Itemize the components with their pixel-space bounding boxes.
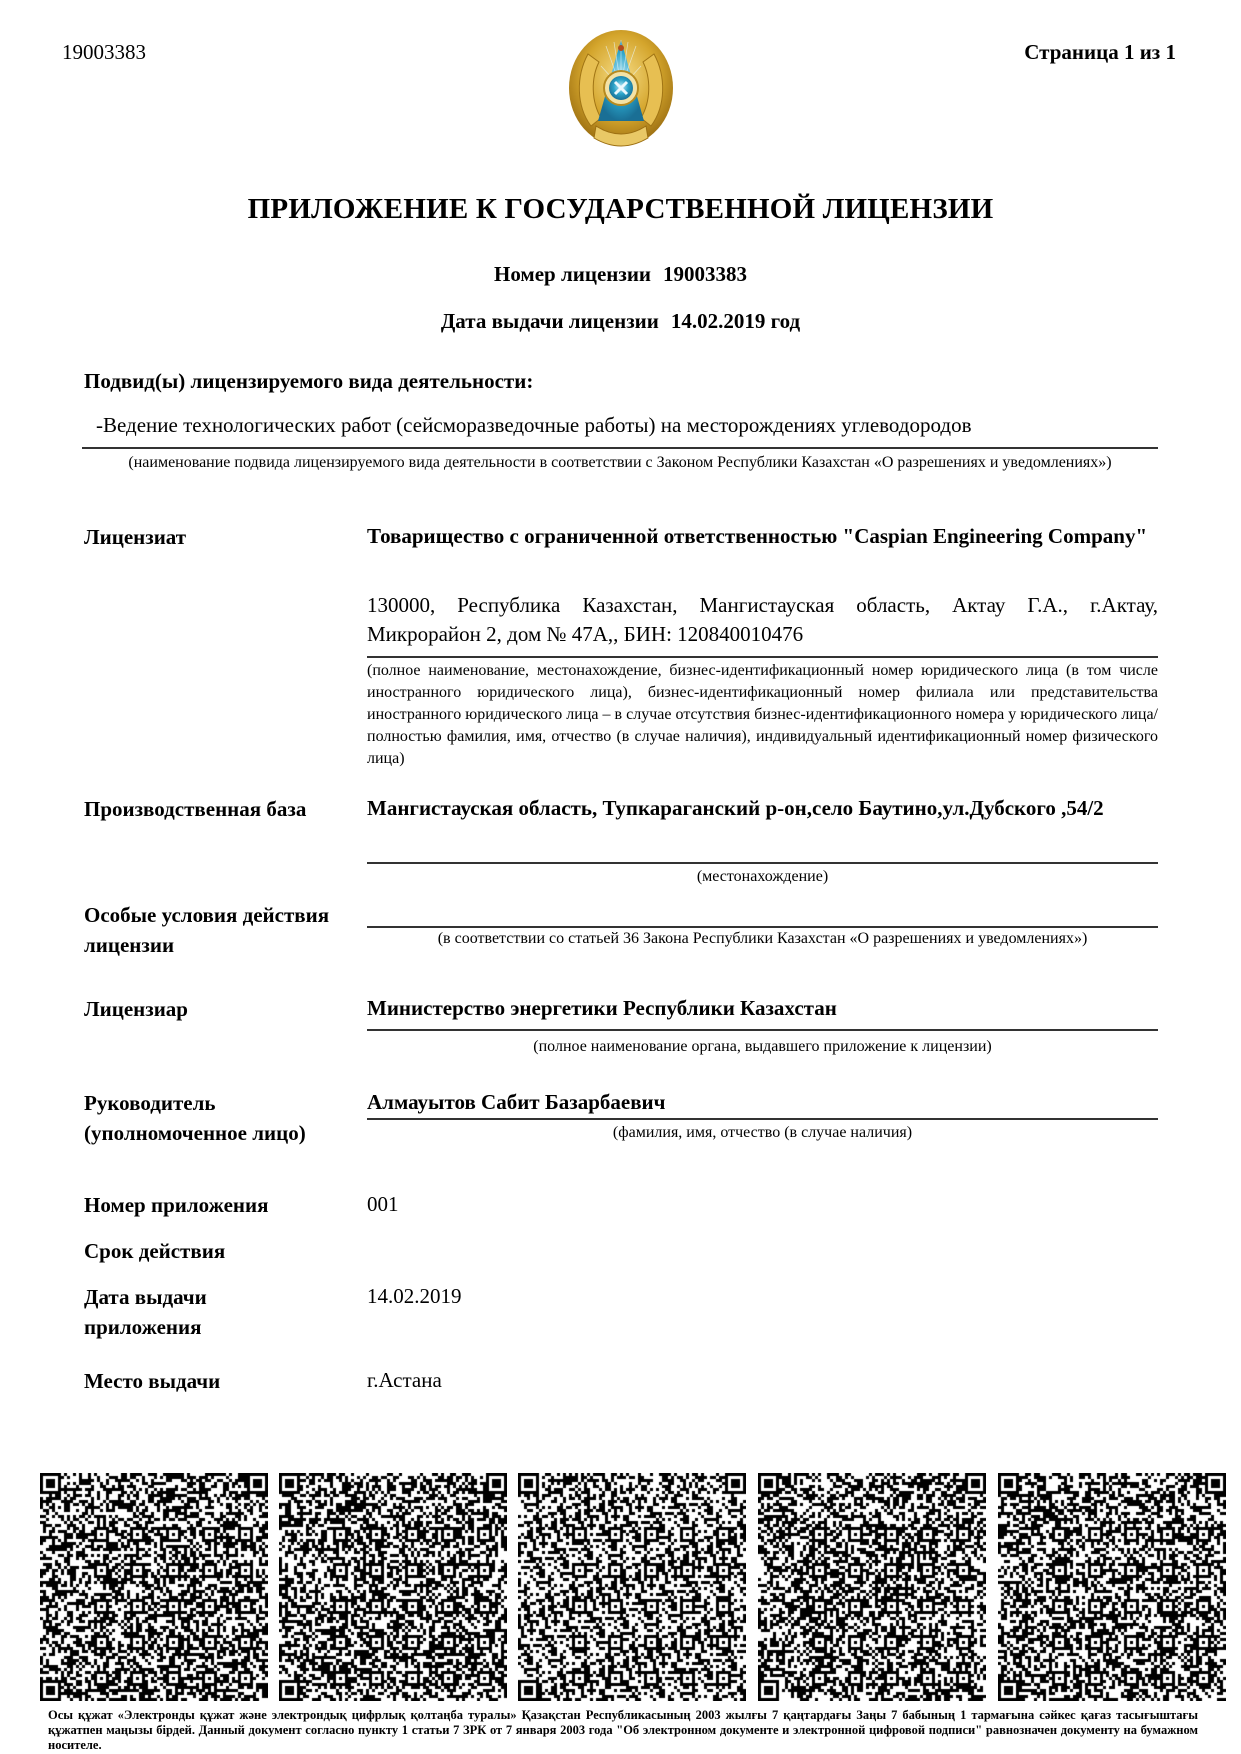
licensor-label: Лицензиар: [84, 994, 354, 1024]
subtypes-heading: Подвид(ы) лицензируемого вида деятельнос…: [84, 366, 984, 396]
issue-place-label: Место выдачи: [84, 1366, 354, 1396]
license-date-line: Дата выдачи лицензии14.02.2019 год: [0, 308, 1241, 334]
special-conditions-label: Особые условия действия лицензии: [84, 900, 334, 960]
divider: [367, 862, 1158, 864]
qr-code-icon: [758, 1473, 986, 1701]
qr-code-icon: [518, 1473, 746, 1701]
licensee-name: Товарищество с ограниченной ответственно…: [367, 522, 1158, 551]
production-base-value: Мангистауская область, Тупкараганский р-…: [367, 794, 1158, 823]
divider: [367, 1118, 1158, 1120]
divider: [367, 656, 1158, 658]
subtypes-caption: (наименование подвида лицензируемого вид…: [82, 452, 1158, 474]
page-title: ПРИЛОЖЕНИЕ К ГОСУДАРСТВЕННОЙ ЛИЦЕНЗИИ: [0, 192, 1241, 226]
issue-place-value: г.Астана: [367, 1366, 1158, 1395]
head-label: Руководитель (уполномоченное лицо): [84, 1088, 354, 1148]
page-indicator: Страница 1 из 1: [1024, 40, 1176, 64]
production-base-caption: (местонахождение): [367, 866, 1158, 888]
appendix-date-label: Дата выдачи приложения: [84, 1282, 264, 1342]
licensee-caption: (полное наименование, местонахождение, б…: [367, 660, 1158, 770]
head-value: Алмауытов Сабит Базарбаевич: [367, 1088, 1158, 1117]
license-number-label: Номер лицензии: [494, 262, 651, 286]
license-date-label: Дата выдачи лицензии: [441, 309, 659, 333]
special-conditions-caption: (в соответствии со статьей 36 Закона Рес…: [367, 928, 1158, 950]
licensor-caption: (полное наименование органа, выдавшего п…: [367, 1036, 1158, 1058]
state-emblem-icon: [566, 26, 676, 158]
license-number-value: 19003383: [663, 262, 747, 286]
divider: [82, 447, 1158, 449]
qr-code-icon: [40, 1473, 268, 1701]
subtype-item: -Ведение технологических работ (сейсмора…: [96, 412, 1156, 438]
appendix-date-value: 14.02.2019: [367, 1282, 1158, 1311]
qr-code-icon: [998, 1473, 1226, 1701]
license-date-value: 14.02.2019 год: [671, 309, 800, 333]
licensee-label: Лицензиат: [84, 522, 354, 552]
head-caption: (фамилия, имя, отчество (в случае наличи…: [367, 1122, 1158, 1144]
production-base-label: Производственная база: [84, 794, 354, 824]
licensee-address: 130000, Республика Казахстан, Мангистаус…: [367, 591, 1158, 649]
document-number: 19003383: [62, 40, 146, 64]
legal-footer: Осы құжат «Электронды құжат және электро…: [48, 1708, 1198, 1753]
appendix-number-value: 001: [367, 1190, 1158, 1219]
divider: [367, 1029, 1158, 1031]
licensor-value: Министерство энергетики Республики Казах…: [367, 994, 1158, 1023]
validity-label: Срок действия: [84, 1236, 354, 1266]
appendix-number-label: Номер приложения: [84, 1190, 354, 1220]
qr-code-icon: [279, 1473, 507, 1701]
license-number-line: Номер лицензии19003383: [0, 261, 1241, 287]
